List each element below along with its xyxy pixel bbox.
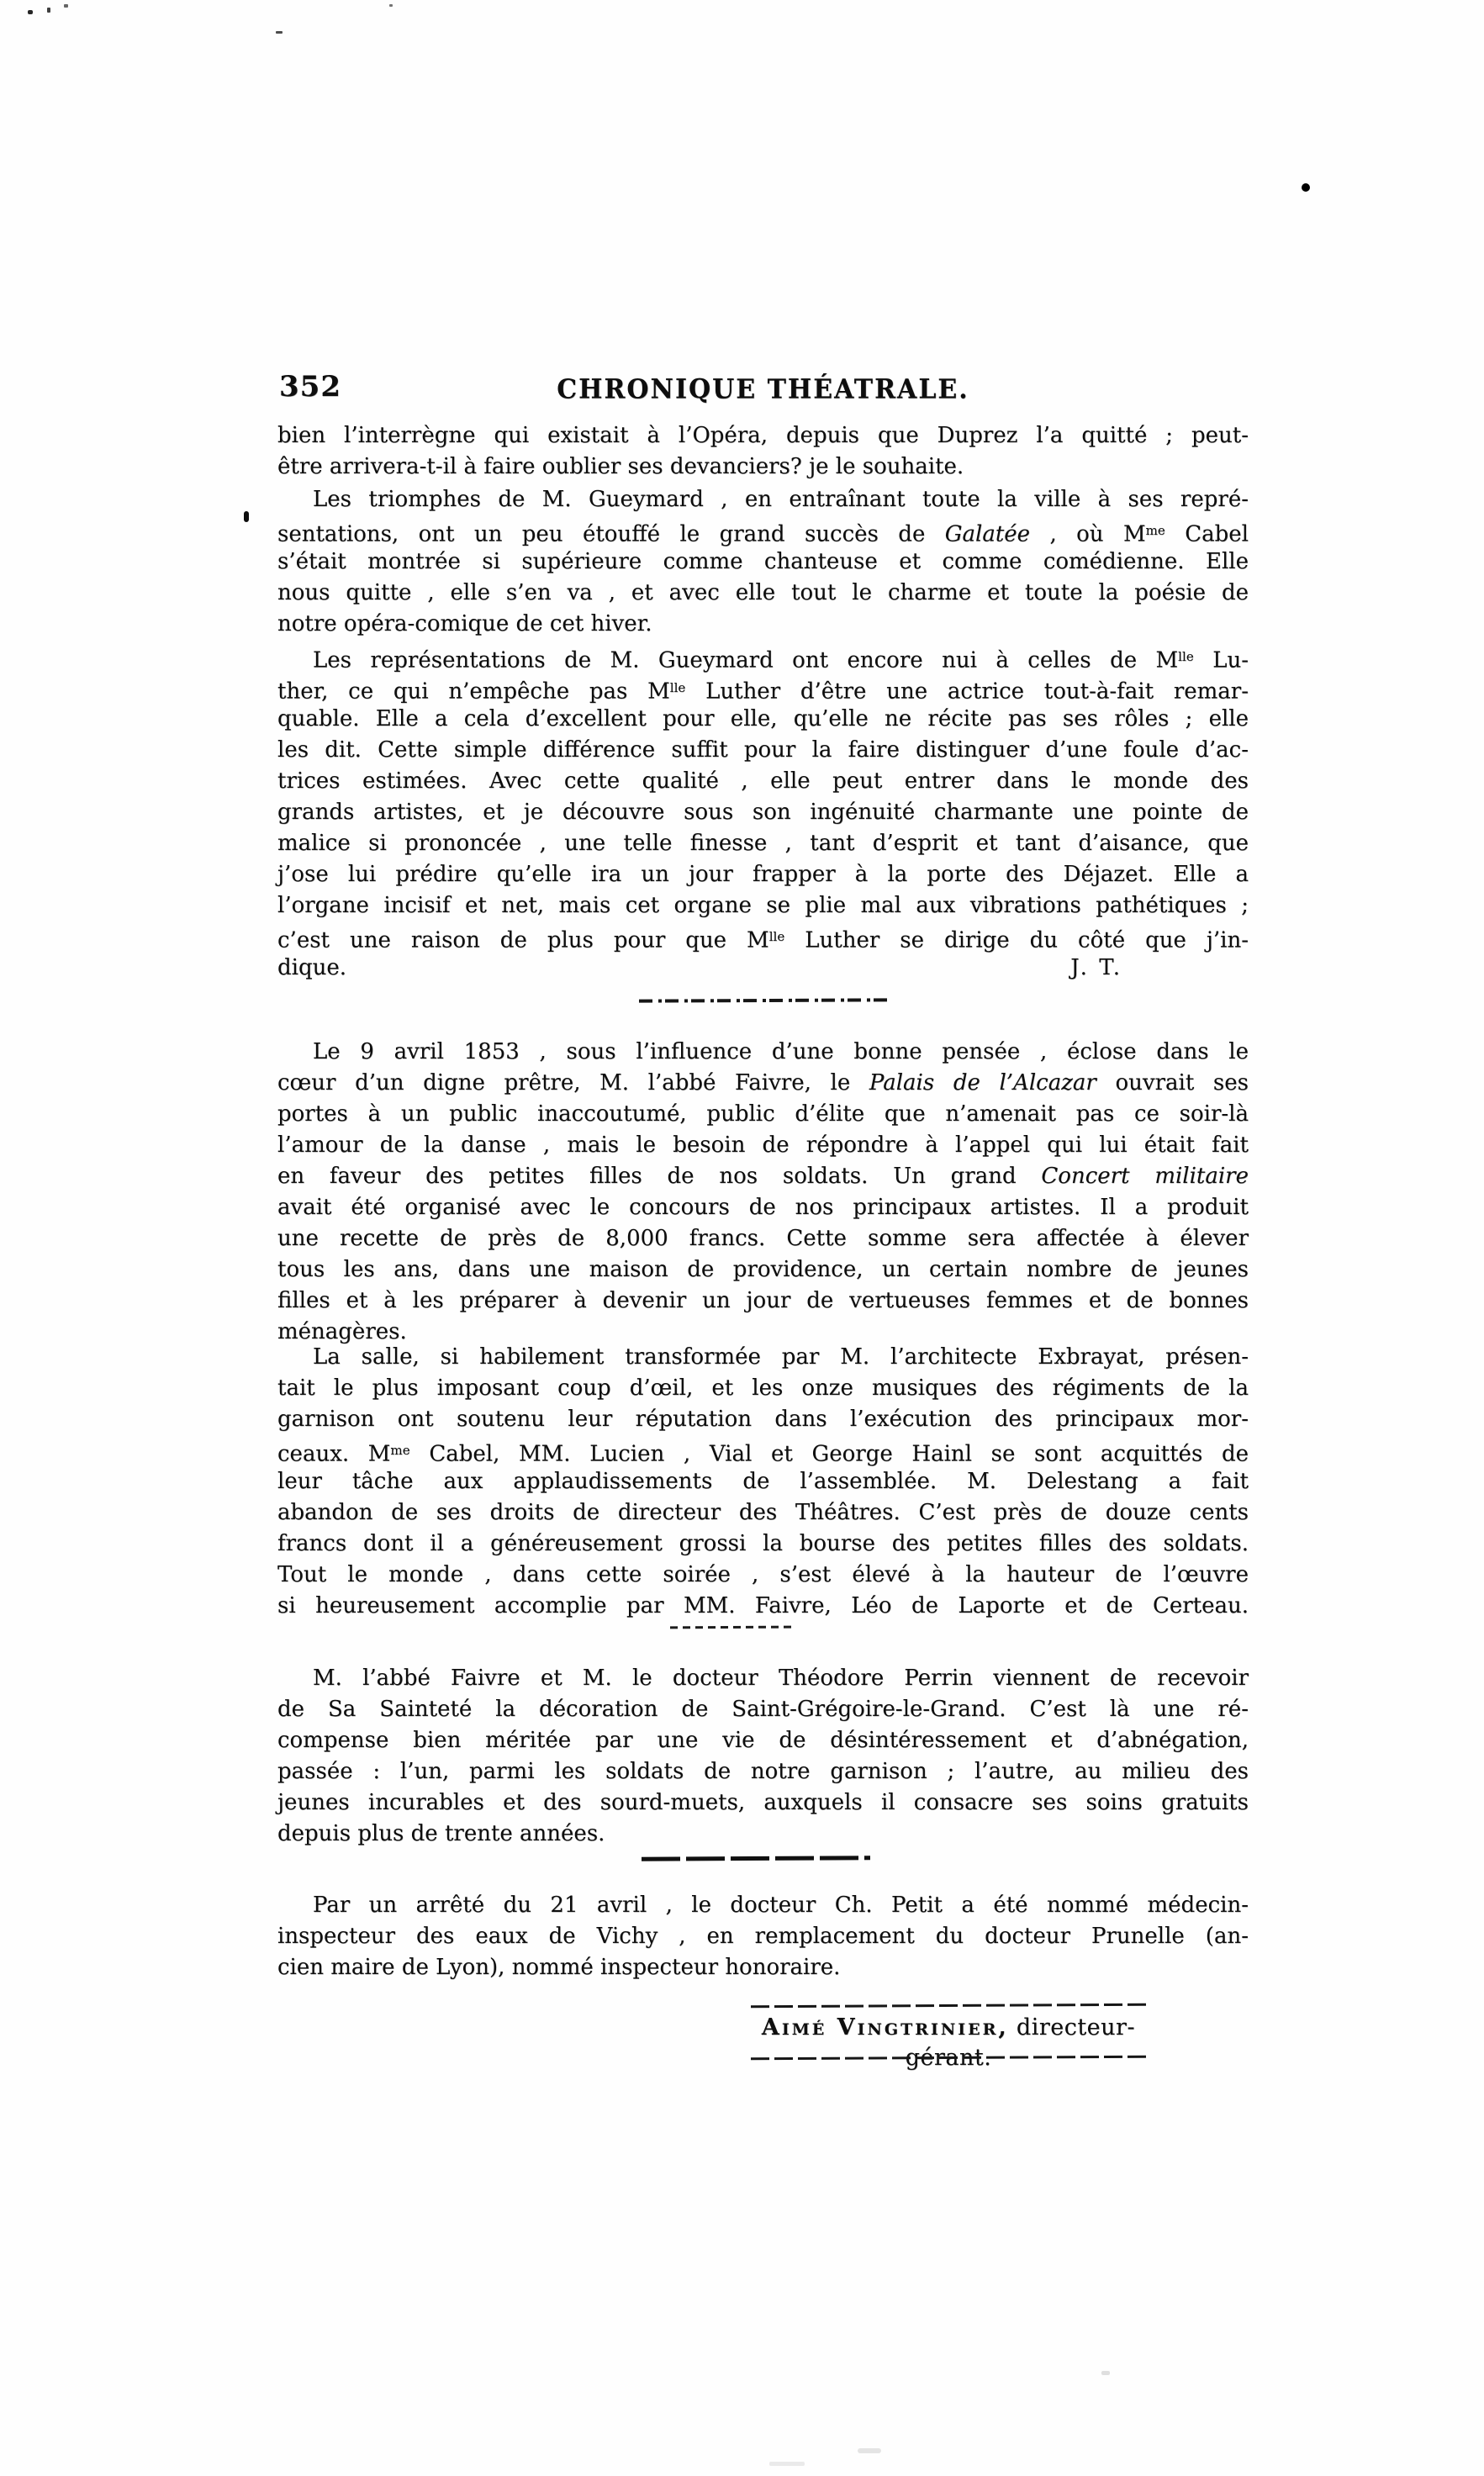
superscript-text: me [1146, 523, 1165, 538]
signature-block: Aimé Vingtrinier, directeur-gérant. [751, 2004, 1146, 2062]
text-line: de Sa Sainteté la décoration de Saint-Gr… [277, 1694, 1249, 1725]
ink-speck [389, 4, 393, 7]
paragraph: La salle, si habilement transformée par … [277, 1342, 1249, 1622]
text-line: c’est une raison de plus pour que Mlle L… [277, 921, 1249, 953]
text-line: bien l’interrègne qui existait à l’Opéra… [277, 420, 1249, 451]
text-line: portes à un public inaccoutumé, public d… [277, 1099, 1249, 1130]
text-line: quable. Elle a cela d’excellent pour ell… [277, 704, 1249, 735]
text-line: La salle, si habilement transformée par … [277, 1342, 1249, 1373]
text-line: dique.J. T. [277, 953, 1249, 984]
text-line: malice si prononcée , une telle finesse … [277, 828, 1249, 859]
text-line: Les triomphes de M. Gueymard , en entraî… [277, 484, 1249, 515]
text-line: ceaux. Mme Cabel, MM. Lucien , Vial et G… [277, 1435, 1249, 1466]
text-line: passée : l’un, parmi les soldats de notr… [277, 1756, 1249, 1787]
author-initials: J. T. [1070, 953, 1122, 984]
ink-speck [858, 2448, 881, 2453]
text-line: en faveur des petites filles de nos sold… [277, 1161, 1249, 1192]
section-divider [639, 998, 891, 1002]
text-line: compense bien méritée par une vie de dés… [277, 1725, 1249, 1756]
section-divider [670, 1626, 792, 1629]
text-line: l’amour de la danse , mais le besoin de … [277, 1130, 1249, 1161]
ink-speck [1101, 2371, 1110, 2375]
superscript-text: lle [670, 680, 686, 695]
italic-text: Concert militaire [1041, 1164, 1249, 1189]
superscript-text: me [390, 1443, 409, 1458]
text-line: avait été organisé avec le concours de n… [277, 1192, 1249, 1223]
text-line: les dit. Cette simple différence suffit … [277, 735, 1249, 766]
text-line: leur tâche aux applaudissements de l’ass… [277, 1466, 1249, 1497]
text-line: tait le plus imposant coup d’œil, et les… [277, 1373, 1249, 1404]
paragraph: Le 9 avril 1853 , sous l’influence d’une… [277, 1037, 1249, 1348]
text-line: nous quitte , elle s’en va , et avec ell… [277, 578, 1249, 609]
text-line: Par un arrêté du 21 avril , le docteur C… [277, 1890, 1249, 1921]
italic-text: Galatée [945, 522, 1030, 547]
text-line: l’organe incisif et net, mais cet organe… [277, 890, 1249, 921]
text-line: filles et à les préparer à devenir un jo… [277, 1286, 1249, 1317]
superscript-text: lle [1178, 649, 1194, 664]
signature-rule-top [751, 2004, 1146, 2008]
text-line: une recette de près de 8,000 francs. Cet… [277, 1223, 1249, 1254]
paragraph: Les triomphes de M. Gueymard , en entraî… [277, 484, 1249, 640]
italic-text: Palais de l’Alcazar [869, 1070, 1096, 1095]
text-line: ther, ce qui n’empêche pas Mlle Luther d… [277, 673, 1249, 704]
ink-speck [244, 511, 249, 522]
ink-speck [64, 4, 68, 8]
text-line: abandon de ses droits de directeur des T… [277, 1497, 1249, 1528]
paragraph: Par un arrêté du 21 avril , le docteur C… [277, 1890, 1249, 1983]
signature-line: Aimé Vingtrinier, directeur-gérant. [751, 2013, 1146, 2073]
signature-name: Aimé Vingtrinier, [762, 2014, 1009, 2040]
section-divider [642, 1856, 870, 1861]
text-line: tous les ans, dans une maison de provide… [277, 1254, 1249, 1286]
text-line: cœur d’un digne prêtre, M. l’abbé Faivre… [277, 1068, 1249, 1099]
text-line: Les représentations de M. Gueymard ont e… [277, 641, 1249, 673]
text-column: bien l’interrègne qui existait à l’Opéra… [277, 0, 1249, 2476]
text-line: notre opéra-comique de cet hiver. [277, 609, 1249, 640]
text-line: cien maire de Lyon), nommé inspecteur ho… [277, 1952, 1249, 1983]
text-line: j’ose lui prédire qu’elle ira un jour fr… [277, 859, 1249, 890]
ink-speck [1302, 183, 1310, 192]
text-line: trices estimées. Avec cette qualité , el… [277, 766, 1249, 797]
text-line: garnison ont soutenu leur réputation dan… [277, 1404, 1249, 1435]
ink-speck [769, 2462, 805, 2466]
text-line: M. l’abbé Faivre et M. le docteur Théodo… [277, 1663, 1249, 1694]
text-line: inspecteur des eaux de Vichy , en rempla… [277, 1921, 1249, 1952]
superscript-text: lle [769, 929, 785, 944]
text-line: si heureusement accomplie par MM. Faivre… [277, 1591, 1249, 1622]
paragraph: Les représentations de M. Gueymard ont e… [277, 641, 1249, 984]
paragraph: M. l’abbé Faivre et M. le docteur Théodo… [277, 1663, 1249, 1850]
text-line: s’était montrée si supérieure comme chan… [277, 546, 1249, 578]
text-line: grands artistes, et je découvre sous son… [277, 797, 1249, 828]
text-line: sentations, ont un peu étouffé le grand … [277, 515, 1249, 546]
paragraph: bien l’interrègne qui existait à l’Opéra… [277, 420, 1249, 483]
book-page: 352 CHRONIQUE THÉATRALE. bien l’interrèg… [0, 0, 1484, 2476]
text-line: jeunes incurables et des sourd-muets, au… [277, 1787, 1249, 1819]
text-line: Le 9 avril 1853 , sous l’influence d’une… [277, 1037, 1249, 1068]
text-line: être arrivera-t-il à faire oublier ses d… [277, 451, 1249, 483]
ink-speck [47, 8, 50, 13]
ink-speck [276, 31, 283, 34]
text-line: depuis plus de trente années. [277, 1819, 1249, 1850]
ink-speck [28, 10, 33, 14]
text-line: Tout le monde , dans cette soirée , s’es… [277, 1560, 1249, 1591]
text-line: francs dont il a généreusement grossi la… [277, 1528, 1249, 1560]
